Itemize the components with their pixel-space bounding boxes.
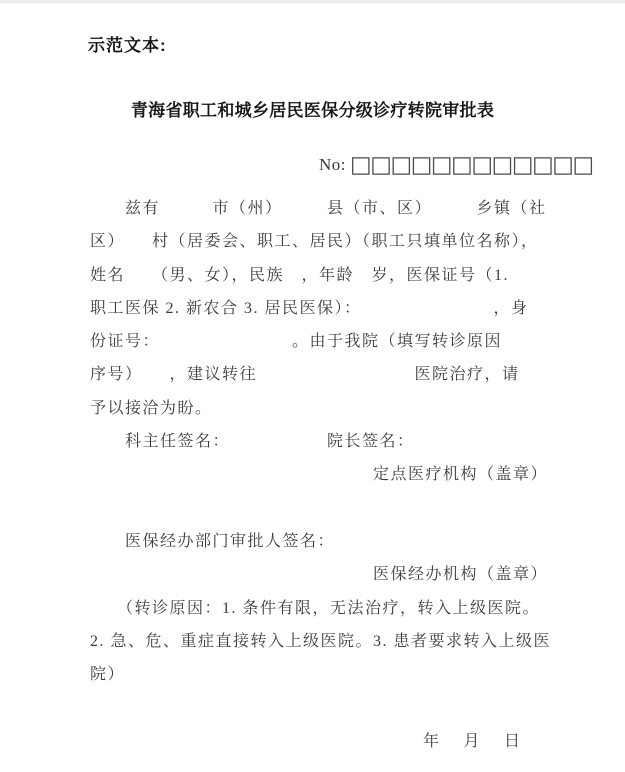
paragraph-line-3: 姓名 （男、女），民族 ，年龄 岁，医保证号（1. <box>90 259 572 292</box>
paragraph-line-4: 职工医保 2. 新农合 3. 居民医保）： ，身 <box>90 292 572 325</box>
sample-text-label: 示范文本: <box>88 31 167 56</box>
reason-note-line-2: 2. 急、危、重症直接转入上级医院。3. 患者要求转入上级医 <box>90 625 572 658</box>
paragraph-line-5: 份证号： 。由于我院（填写转诊原因 <box>90 325 572 358</box>
paragraph-line-2: 区） 村（居委会、职工、居民）（职工只填单位名称）， <box>90 225 572 258</box>
document-page: 示范文本: 青海省职工和城乡居民医保分级诊疗转院审批表 No:□□□□□□□□□… <box>0 0 625 772</box>
form-body: 兹有 市（州） 县（市、区） 乡镇（社 区） 村（居委会、职工、居民）（职工只填… <box>90 192 572 758</box>
signatures-line: 科主任签名： 院长签名： <box>90 425 572 458</box>
approver-signature-line: 医保经办部门审批人签名： <box>90 525 572 558</box>
blank-line <box>90 691 572 724</box>
paragraph-line-6: 序号） ，建议转往 医院治疗，请 <box>90 358 572 391</box>
paragraph-line-1: 兹有 市（州） 县（市、区） 乡镇（社 <box>90 192 572 225</box>
reason-note-line-3: 院） <box>90 658 572 691</box>
blank-line <box>90 492 572 525</box>
form-number-line: No:□□□□□□□□□□□□ <box>303 134 593 196</box>
hospital-stamp-line: 定点医疗机构（盖章） <box>90 458 572 491</box>
date-line: 年 月 日 <box>90 725 572 758</box>
reason-note-line-1: （转诊原因：1. 条件有限，无法治疗，转入上级医院。 <box>90 592 572 625</box>
paragraph-line-7: 予以接洽为盼。 <box>90 392 572 425</box>
form-number-boxes: □□□□□□□□□□□□ <box>350 152 593 178</box>
form-number-label: No: <box>319 155 346 174</box>
document-title: 青海省职工和城乡居民医保分级诊疗转院审批表 <box>0 96 625 121</box>
agency-stamp-line: 医保经办机构（盖章） <box>90 558 572 591</box>
